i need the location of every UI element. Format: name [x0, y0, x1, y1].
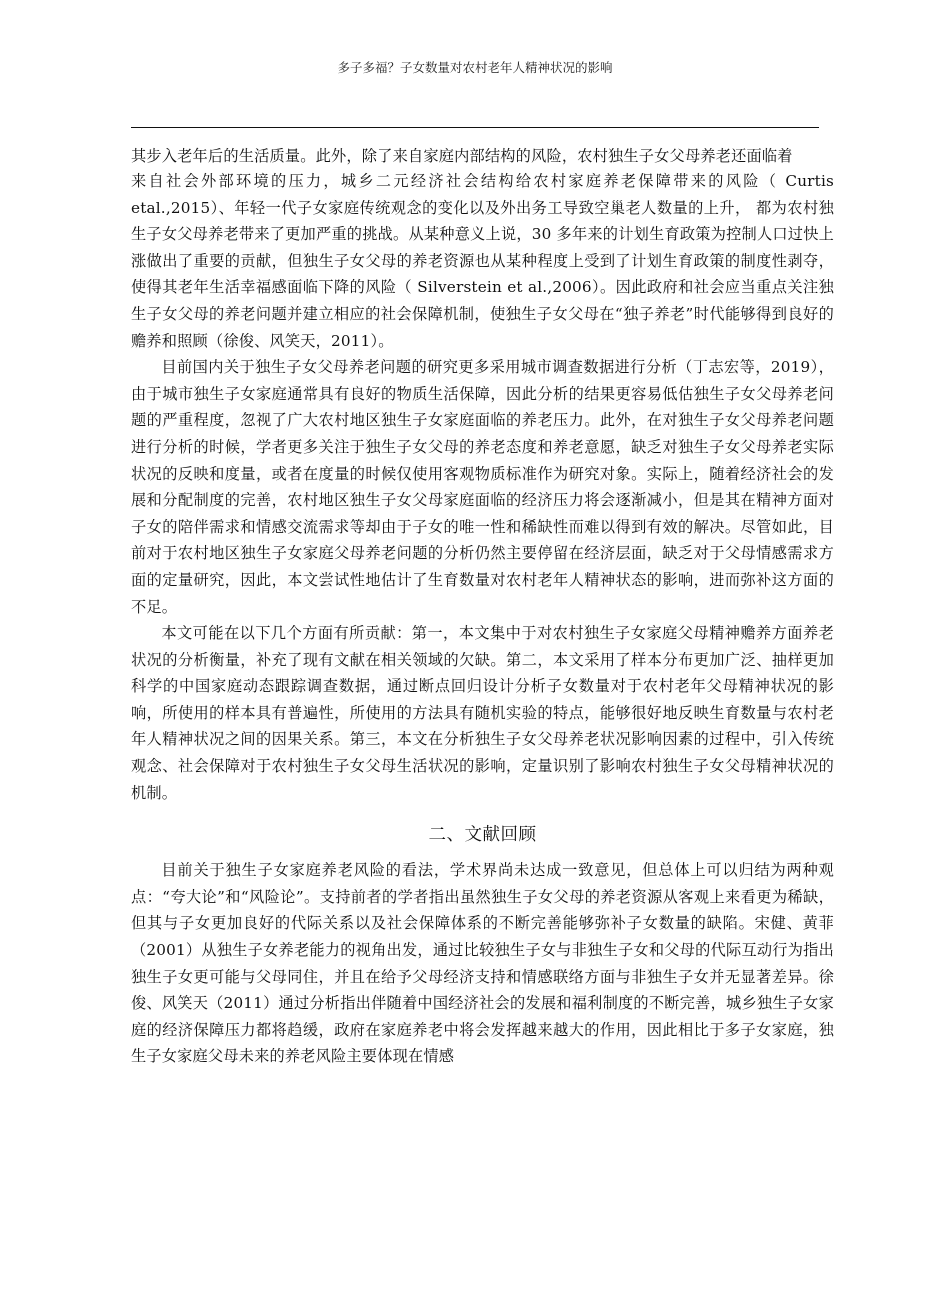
paragraph-continued: 来自社会外部环境的压力，城乡二元经济社会结构给农村家庭养老保障带来的风险（ Cu… — [131, 168, 834, 354]
paragraph-contributions: 本文可能在以下几个方面有所贡献：第一，本文集中于对农村独生子女家庭父母精神赡养方… — [131, 620, 834, 806]
paragraph-research-gap: 目前国内关于独生子女父母养老问题的研究更多采用城市调查数据进行分析（丁志宏等，2… — [131, 354, 834, 620]
header-rule — [131, 127, 819, 128]
paragraph-continued-line: 其步入老年后的生活质量。此外，除了来自家庭内部结构的风险，农村独生子女父母养老还… — [131, 146, 834, 166]
running-header-title: 多子多福？子女数量对农村老年人精神状况的影响 — [0, 58, 950, 76]
paragraph-literature-review: 目前关于独生子女家庭养老风险的看法，学术界尚未达成一致意见，但总体上可以归结为两… — [131, 857, 834, 1070]
section-heading-literature-review: 二、文献回顾 — [131, 821, 834, 846]
page-content: 其步入老年后的生活质量。此外，除了来自家庭内部结构的风险，农村独生子女父母养老还… — [131, 146, 834, 1070]
